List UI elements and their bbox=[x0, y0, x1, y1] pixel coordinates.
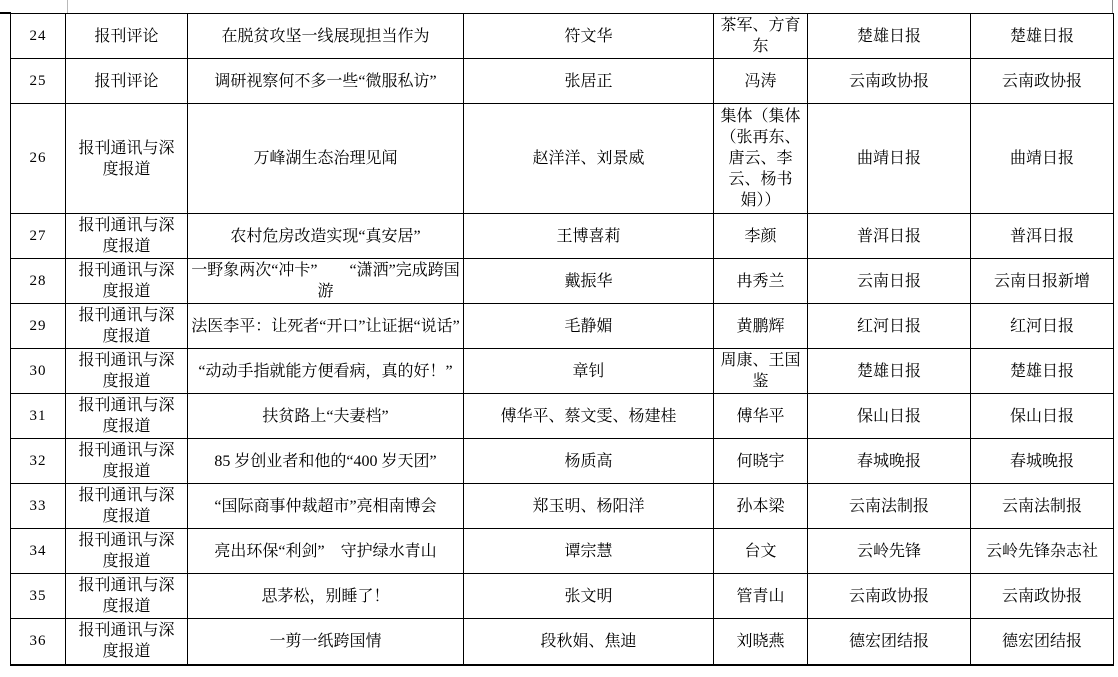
table-cell[interactable]: 27 bbox=[11, 214, 66, 259]
table-cell[interactable]: 保山日报 bbox=[808, 394, 971, 439]
table-row: 24报刊评论在脱贫攻坚一线展现担当作为符文华茶军、方育东楚雄日报楚雄日报 bbox=[11, 14, 1114, 59]
table-cell[interactable]: 报刊通讯与深度报道 bbox=[66, 259, 188, 304]
table-cell[interactable]: 楚雄日报 bbox=[971, 14, 1114, 59]
document-page: 24报刊评论在脱贫攻坚一线展现担当作为符文华茶军、方育东楚雄日报楚雄日报25报刊… bbox=[0, 0, 1118, 677]
table-cell[interactable]: 报刊通讯与深度报道 bbox=[66, 439, 188, 484]
table-row: 34报刊通讯与深度报道亮出环保“利剑” 守护绿水青山谭宗慧台文云岭先锋云岭先锋杂… bbox=[11, 529, 1114, 574]
table-cell[interactable]: 曲靖日报 bbox=[971, 104, 1114, 214]
table-cell[interactable]: 亮出环保“利剑” 守护绿水青山 bbox=[188, 529, 464, 574]
table-cell[interactable]: 谭宗慧 bbox=[464, 529, 714, 574]
table-cell[interactable]: 张居正 bbox=[464, 59, 714, 104]
table-cell[interactable]: 普洱日报 bbox=[971, 214, 1114, 259]
table-cell[interactable]: 云南日报 bbox=[808, 259, 971, 304]
table-cell[interactable]: 云南政协报 bbox=[971, 59, 1114, 104]
table-cell[interactable]: “国际商事仲裁超市”亮相南博会 bbox=[188, 484, 464, 529]
table-cell[interactable]: 法医李平：让死者“开口”让证据“说话” bbox=[188, 304, 464, 349]
table-cell[interactable]: 保山日报 bbox=[971, 394, 1114, 439]
table-row: 33报刊通讯与深度报道“国际商事仲裁超市”亮相南博会郑玉明、杨阳洋孙本梁云南法制… bbox=[11, 484, 1114, 529]
table-cell[interactable]: 张文明 bbox=[464, 574, 714, 619]
grid-stub-line bbox=[1112, 0, 1113, 14]
table-cell[interactable]: 杨质高 bbox=[464, 439, 714, 484]
table-row: 27报刊通讯与深度报道农村危房改造实现“真安居”王博喜莉李颜普洱日报普洱日报 bbox=[11, 214, 1114, 259]
table-cell[interactable]: 冉秀兰 bbox=[714, 259, 808, 304]
table-cell[interactable]: 戴振华 bbox=[464, 259, 714, 304]
table-cell[interactable]: 在脱贫攻坚一线展现担当作为 bbox=[188, 14, 464, 59]
table-cell[interactable]: 傅华平 bbox=[714, 394, 808, 439]
table-cell[interactable]: 35 bbox=[11, 574, 66, 619]
table-cell[interactable]: 管青山 bbox=[714, 574, 808, 619]
table-cell[interactable]: 报刊通讯与深度报道 bbox=[66, 619, 188, 665]
table-cell[interactable]: 章钊 bbox=[464, 349, 714, 394]
table-cell[interactable]: 报刊通讯与深度报道 bbox=[66, 104, 188, 214]
table-cell[interactable]: 符文华 bbox=[464, 14, 714, 59]
table-cell[interactable]: 何晓宇 bbox=[714, 439, 808, 484]
table-cell[interactable]: 31 bbox=[11, 394, 66, 439]
table-cell[interactable]: 云岭先锋 bbox=[808, 529, 971, 574]
table-cell[interactable]: 25 bbox=[11, 59, 66, 104]
table-cell[interactable]: 26 bbox=[11, 104, 66, 214]
table-cell[interactable]: 85 岁创业者和他的“400 岁天团” bbox=[188, 439, 464, 484]
table-cell[interactable]: 普洱日报 bbox=[808, 214, 971, 259]
table-row: 26报刊通讯与深度报道万峰湖生态治理见闻赵洋洋、刘景威集体（集体（张再东、唐云、… bbox=[11, 104, 1114, 214]
table-cell[interactable]: 报刊通讯与深度报道 bbox=[66, 304, 188, 349]
awards-table: 24报刊评论在脱贫攻坚一线展现担当作为符文华茶军、方育东楚雄日报楚雄日报25报刊… bbox=[10, 13, 1114, 666]
table-cell[interactable]: 报刊通讯与深度报道 bbox=[66, 529, 188, 574]
table-row: 32报刊通讯与深度报道85 岁创业者和他的“400 岁天团”杨质高何晓宇春城晚报… bbox=[11, 439, 1114, 484]
table-cell[interactable]: 段秋娟、焦迪 bbox=[464, 619, 714, 665]
table-cell[interactable]: 曲靖日报 bbox=[808, 104, 971, 214]
table-cell[interactable]: 34 bbox=[11, 529, 66, 574]
table-row: 30报刊通讯与深度报道“动动手指就能方便看病，真的好！”章钊周康、王国鉴楚雄日报… bbox=[11, 349, 1114, 394]
table-cell[interactable]: “动动手指就能方便看病，真的好！” bbox=[188, 349, 464, 394]
table-cell[interactable]: 茶军、方育东 bbox=[714, 14, 808, 59]
table-cell[interactable]: 农村危房改造实现“真安居” bbox=[188, 214, 464, 259]
table-cell[interactable]: 傅华平、蔡文雯、杨建桂 bbox=[464, 394, 714, 439]
table-cell[interactable]: 33 bbox=[11, 484, 66, 529]
table-cell[interactable]: 30 bbox=[11, 349, 66, 394]
table-row: 31报刊通讯与深度报道扶贫路上“夫妻档”傅华平、蔡文雯、杨建桂傅华平保山日报保山… bbox=[11, 394, 1114, 439]
table-cell[interactable]: 24 bbox=[11, 14, 66, 59]
table-cell[interactable]: 孙本梁 bbox=[714, 484, 808, 529]
table-cell[interactable]: 云南法制报 bbox=[971, 484, 1114, 529]
table-cell[interactable]: 德宏团结报 bbox=[971, 619, 1114, 665]
table-cell[interactable]: 毛静媚 bbox=[464, 304, 714, 349]
table-cell[interactable]: 集体（集体（张再东、唐云、李云、杨书娟）） bbox=[714, 104, 808, 214]
table-cell[interactable]: 云岭先锋杂志社 bbox=[971, 529, 1114, 574]
table-cell[interactable]: 报刊通讯与深度报道 bbox=[66, 214, 188, 259]
table-row: 28报刊通讯与深度报道一野象两次“冲卡” “潇洒”完成跨国游戴振华冉秀兰云南日报… bbox=[11, 259, 1114, 304]
table-cell[interactable]: 云南日报新增 bbox=[971, 259, 1114, 304]
table-cell[interactable]: 德宏团结报 bbox=[808, 619, 971, 665]
table-cell[interactable]: 报刊评论 bbox=[66, 14, 188, 59]
table-cell[interactable]: 李颜 bbox=[714, 214, 808, 259]
table-cell[interactable]: 郑玉明、杨阳洋 bbox=[464, 484, 714, 529]
table-cell[interactable]: 刘晓燕 bbox=[714, 619, 808, 665]
table-cell[interactable]: 红河日报 bbox=[808, 304, 971, 349]
table-cell[interactable]: 周康、王国鉴 bbox=[714, 349, 808, 394]
table-cell[interactable]: 黄鹏辉 bbox=[714, 304, 808, 349]
table-row: 35报刊通讯与深度报道思茅松，别睡了！张文明管青山云南政协报云南政协报 bbox=[11, 574, 1114, 619]
table-cell[interactable]: 一剪一纸跨国情 bbox=[188, 619, 464, 665]
table-cell[interactable]: 春城晚报 bbox=[971, 439, 1114, 484]
table-cell[interactable]: 扶贫路上“夫妻档” bbox=[188, 394, 464, 439]
table-cell[interactable]: 报刊通讯与深度报道 bbox=[66, 394, 188, 439]
table-cell[interactable]: 冯涛 bbox=[714, 59, 808, 104]
table-cell[interactable]: 台文 bbox=[714, 529, 808, 574]
table-row: 25报刊评论调研视察何不多一些“微服私访”张居正冯涛云南政协报云南政协报 bbox=[11, 59, 1114, 104]
table-cell[interactable]: 32 bbox=[11, 439, 66, 484]
table-cell[interactable]: 报刊评论 bbox=[66, 59, 188, 104]
table-cell[interactable]: 万峰湖生态治理见闻 bbox=[188, 104, 464, 214]
table-cell[interactable]: 云南法制报 bbox=[808, 484, 971, 529]
grid-stub-line bbox=[67, 0, 68, 14]
table-cell[interactable]: 报刊通讯与深度报道 bbox=[66, 574, 188, 619]
table-cell[interactable]: 云南政协报 bbox=[808, 59, 971, 104]
table-cell[interactable]: 楚雄日报 bbox=[808, 14, 971, 59]
table-cell[interactable]: 一野象两次“冲卡” “潇洒”完成跨国游 bbox=[188, 259, 464, 304]
table-cell[interactable]: 报刊通讯与深度报道 bbox=[66, 349, 188, 394]
table-cell[interactable]: 楚雄日报 bbox=[808, 349, 971, 394]
table-cell[interactable]: 思茅松，别睡了！ bbox=[188, 574, 464, 619]
table-cell[interactable]: 王博喜莉 bbox=[464, 214, 714, 259]
table-cell[interactable]: 28 bbox=[11, 259, 66, 304]
table-cell[interactable]: 调研视察何不多一些“微服私访” bbox=[188, 59, 464, 104]
table-cell[interactable]: 36 bbox=[11, 619, 66, 665]
table-cell[interactable]: 春城晚报 bbox=[808, 439, 971, 484]
table-cell[interactable]: 红河日报 bbox=[971, 304, 1114, 349]
table-row: 36报刊通讯与深度报道一剪一纸跨国情段秋娟、焦迪刘晓燕德宏团结报德宏团结报 bbox=[11, 619, 1114, 665]
table-cell[interactable]: 报刊通讯与深度报道 bbox=[66, 484, 188, 529]
table-cell[interactable]: 29 bbox=[11, 304, 66, 349]
table-cell[interactable]: 赵洋洋、刘景威 bbox=[464, 104, 714, 214]
table-row: 29报刊通讯与深度报道法医李平：让死者“开口”让证据“说话”毛静媚黄鹏辉红河日报… bbox=[11, 304, 1114, 349]
table-cell[interactable]: 云南政协报 bbox=[971, 574, 1114, 619]
table-cell[interactable]: 云南政协报 bbox=[808, 574, 971, 619]
table-cell[interactable]: 楚雄日报 bbox=[971, 349, 1114, 394]
